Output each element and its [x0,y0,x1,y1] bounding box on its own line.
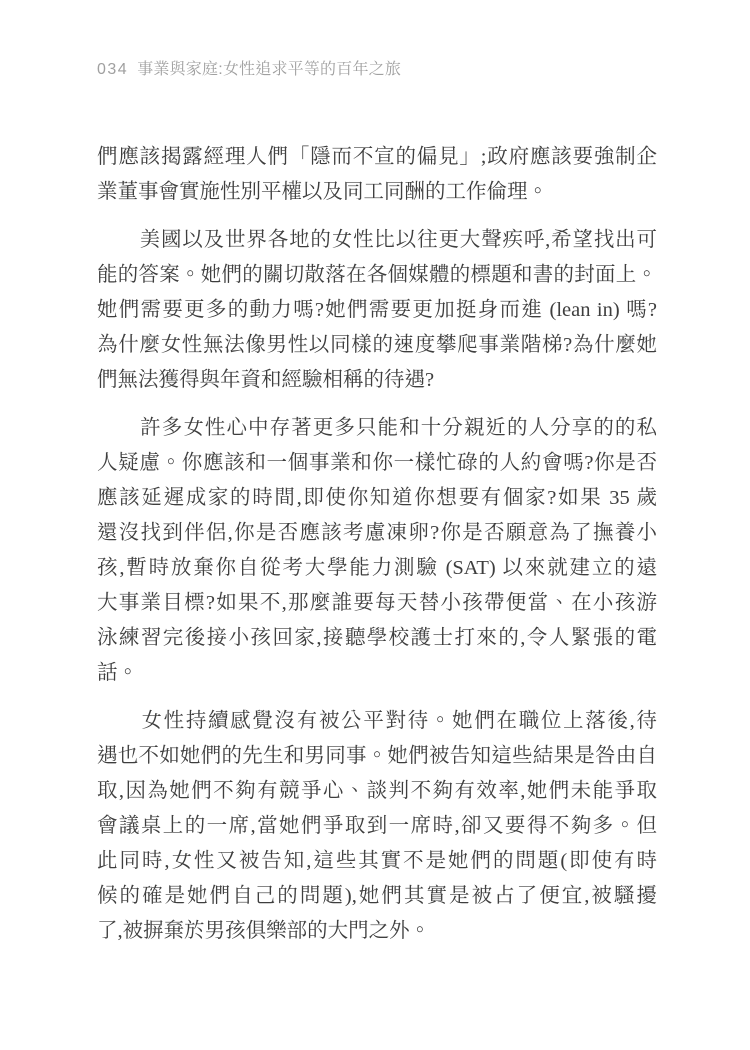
book-title: 事業與家庭:女性追求平等的百年之旅 [137,60,401,80]
text-line: 會議桌上的一席,當她們爭取到一席時,卻又要得不夠多。但 [97,809,657,844]
paragraph-2: 美國以及世界各地的女性比以往更大聲疾呼,希望找出可能的答案。她們的關切散落在各個… [97,223,657,398]
page-number: 034 [97,60,128,80]
text-line: 了,被摒棄於男孩俱樂部的大門之外。 [97,914,657,949]
text-line: 遇也不如她們的先生和男同事。她們被告知這些結果是咎由自 [97,739,657,774]
running-header: 034 事業與家庭:女性追求平等的百年之旅 [97,60,401,80]
text-line: 們無法獲得與年資和經驗相稱的待遇? [97,363,657,398]
paragraph-3: 許多女性心中存著更多只能和十分親近的人分享的的私人疑慮。你應該和一個事業和你一樣… [97,411,657,691]
text-line: 話。 [97,656,657,691]
text-line: 美國以及世界各地的女性比以往更大聲疾呼,希望找出可 [97,223,657,258]
body-text: 們應該揭露經理人們「隱而不宣的偏見」;政府應該要強制企業董事會實施性別平權以及同… [97,140,657,949]
text-line: 候的確是她們自己的問題),她們其實是被占了便宜,被騷擾 [97,879,657,914]
text-line: 孩,暫時放棄你自從考大學能力測驗 (SAT) 以來就建立的遠 [97,551,657,586]
text-line: 取,因為她們不夠有競爭心、談判不夠有效率,她們未能爭取 [97,774,657,809]
paragraph-4: 女性持續感覺沒有被公平對待。她們在職位上落後,待遇也不如她們的先生和男同事。她們… [97,704,657,949]
text-line: 業董事會實施性別平權以及同工同酬的工作倫理。 [97,175,657,210]
text-line: 許多女性心中存著更多只能和十分親近的人分享的的私 [97,411,657,446]
text-line: 還沒找到伴侶,你是否應該考慮凍卵?你是否願意為了撫養小 [97,516,657,551]
text-line: 女性持續感覺沒有被公平對待。她們在職位上落後,待 [97,704,657,739]
text-line: 泳練習完後接小孩回家,接聽學校護士打來的,令人緊張的電 [97,621,657,656]
paragraph-1: 們應該揭露經理人們「隱而不宣的偏見」;政府應該要強制企業董事會實施性別平權以及同… [97,140,657,210]
text-line: 人疑慮。你應該和一個事業和你一樣忙碌的人約會嗎?你是否 [97,446,657,481]
book-page: 034 事業與家庭:女性追求平等的百年之旅 們應該揭露經理人們「隱而不宣的偏見」… [0,0,750,1050]
text-line: 為什麼女性無法像男性以同樣的速度攀爬事業階梯?為什麼她 [97,328,657,363]
text-line: 應該延遲成家的時間,即使你知道你想要有個家?如果 35 歲 [97,481,657,516]
text-line: 此同時,女性又被告知,這些其實不是她們的問題(即使有時 [97,844,657,879]
text-line: 大事業目標?如果不,那麼誰要每天替小孩帶便當、在小孩游 [97,586,657,621]
text-line: 能的答案。她們的關切散落在各個媒體的標題和書的封面上。 [97,258,657,293]
text-line: 她們需要更多的動力嗎?她們需要更加挺身而進 (lean in) 嗎? [97,293,657,328]
text-line: 們應該揭露經理人們「隱而不宣的偏見」;政府應該要強制企 [97,140,657,175]
